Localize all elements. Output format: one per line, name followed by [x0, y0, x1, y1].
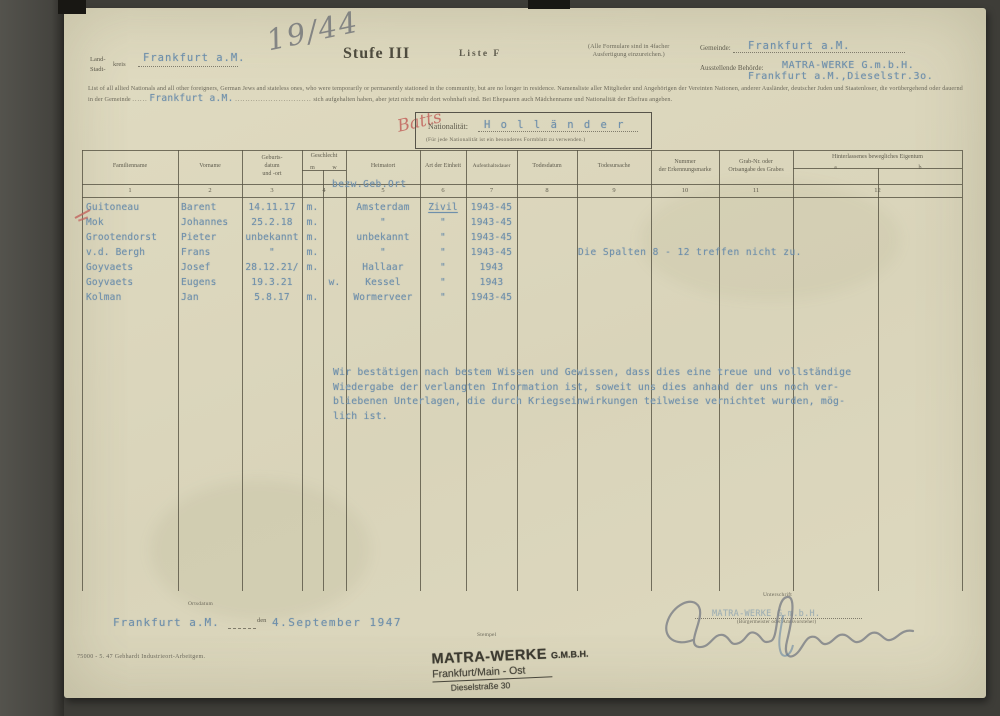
table-number-row: 1 2 3 4 5 6 7 8 9 10 11 12	[82, 184, 962, 197]
col-number: 6	[420, 184, 466, 197]
col-number: 1	[82, 184, 178, 197]
col-todesdatum: Todesdatum	[517, 150, 577, 184]
cell-family: Guitoneau	[82, 202, 178, 213]
kreis-label: kreis	[113, 61, 126, 68]
cell-birth: 14.11.17	[242, 202, 302, 213]
cell-first: Pieter	[178, 232, 242, 243]
cell-einheit: "	[420, 292, 466, 303]
issuing-authority-value1: MATRA-WERKE G.m.b.H.	[782, 60, 914, 71]
table-note: Die Spalten 8 - 12 treffen nicht zu.	[578, 247, 802, 258]
municipality-value: Frankfurt a.M.	[748, 40, 851, 52]
cell-dauer: 1943	[466, 262, 517, 273]
municipality-line	[733, 52, 905, 53]
col-number: 10	[651, 184, 719, 197]
heimatort-typed-overlay: bezw.Geb.Ort	[332, 179, 407, 190]
cell-heimat: Wormerveer	[346, 292, 420, 303]
certification-line1: Wir bestätigen nach bestem Wissen und Ge…	[333, 366, 851, 381]
scan-tab-top-center	[528, 0, 570, 9]
cell-birth: 19.3.21	[242, 277, 302, 288]
cell-dauer: 1943-45	[466, 232, 517, 243]
land-label: Land-	[90, 56, 106, 63]
nationality-box: Nationalität: H o l l ä n d e r (Für jed…	[415, 112, 652, 149]
cell-m: m.	[302, 247, 323, 258]
nationality-note: (Für jede Nationalität ist ein besondere…	[426, 137, 585, 143]
certification-line4: lich ist.	[333, 410, 851, 425]
table-row: GrootendorstPieterunbekanntm.unbekannt"1…	[82, 230, 962, 245]
cell-birth: 28.12.21/	[242, 262, 302, 273]
cell-einheit: "	[420, 277, 466, 288]
col-number: 9	[577, 184, 651, 197]
nationality-label: Nationalität:	[428, 122, 468, 131]
instructions-paragraph: List of all allied Nationals and all oth…	[88, 84, 966, 104]
scanner-left-strip	[0, 0, 64, 716]
table-body: GuitoneauBarent14.11.17m.AmsterdamZivil1…	[82, 200, 962, 305]
leader-dots: ......	[132, 96, 147, 103]
cell-heimat: Kessel	[346, 277, 420, 288]
certification-line2: Wiedergabe der verlangten Information is…	[333, 381, 851, 396]
cell-birth: 25.2.18	[242, 217, 302, 228]
cell-dauer: 1943-45	[466, 247, 517, 258]
cell-family: Goyvaets	[82, 277, 178, 288]
certification-line3: bliebenen Unterlagen, die durch Kriegsei…	[333, 395, 851, 410]
cell-dauer: 1943-45	[466, 292, 517, 303]
col-number: 12	[793, 184, 962, 197]
cell-first: Jan	[178, 292, 242, 303]
printer-imprint: 75000 - 5. 47 Gebhardt Industrieort-Arbe…	[77, 654, 205, 660]
cell-heimat: Hallaar	[346, 262, 420, 273]
eigentum-subrow: a b	[793, 165, 962, 173]
cell-dauer: 1943	[466, 277, 517, 288]
copies-note: (Alle Formulare sind in 4facher Ausferti…	[588, 43, 669, 58]
table-line	[962, 150, 963, 591]
instructions-place-value: Frankfurt a.M.	[149, 93, 233, 104]
cell-family: Kolman	[82, 292, 178, 303]
issuing-authority-value2: Frankfurt a.M.,Dieselstr.3o.	[748, 71, 933, 82]
copies-note-line2: Ausfertigung einzureichen.)	[588, 51, 669, 59]
table-row: v.d. BerghFrans"m.""1943-45	[82, 245, 962, 260]
col-m: m	[302, 165, 323, 173]
scan-tab-top-left	[58, 0, 86, 14]
cell-first: Johannes	[178, 217, 242, 228]
cell-einheit: "	[420, 217, 466, 228]
nationality-value: H o l l ä n d e r	[484, 119, 625, 131]
date-place-value: Frankfurt a.M.	[113, 616, 220, 629]
cell-family: v.d. Bergh	[82, 247, 178, 258]
copies-note-line1: (Alle Formulare sind in 4facher	[588, 43, 669, 51]
col-geburtsdatum: Geburts- datum und -ort	[242, 150, 302, 184]
col-eigentum-a: a	[793, 165, 878, 173]
scanned-document-page: { "colors":{"typed_blue":"#6e8fab","stam…	[0, 0, 1000, 716]
cell-birth: 5.8.17	[242, 292, 302, 303]
cell-birth: unbekannt	[242, 232, 302, 243]
signature-stroke	[666, 597, 913, 657]
cell-heimat: unbekannt	[346, 232, 420, 243]
district-value: Frankfurt a.M.	[143, 52, 246, 64]
leader-dots: ..............................	[235, 96, 311, 103]
col-einheit: Art der Einheit	[420, 150, 466, 184]
geschlecht-subrow: m w	[302, 165, 346, 173]
cell-birth: "	[242, 247, 302, 258]
cell-first: Barent	[178, 202, 242, 213]
cell-m: m.	[302, 232, 323, 243]
handwritten-signature	[655, 585, 920, 663]
col-grab: Grab-Nr. oder Ortsangabe des Grabes	[719, 150, 793, 184]
eigentum-label: Hinterlassenes bewegliches Eigentum	[832, 150, 923, 162]
instructions-english: List of all allied Nationals and all oth…	[88, 85, 556, 92]
cell-einheit: "	[420, 247, 466, 258]
cell-first: Frans	[178, 247, 242, 258]
cell-einheit: "	[420, 232, 466, 243]
cell-m: m.	[302, 292, 323, 303]
instructions-german2: aber jetzt nicht mehr dort wohnhaft sind…	[376, 96, 673, 103]
table-row: MokJohannes25.2.18m.""1943-45	[82, 215, 962, 230]
cell-m: m.	[302, 202, 323, 213]
nationality-line	[478, 131, 638, 132]
cell-dauer: 1943-45	[466, 217, 517, 228]
cell-m: m.	[302, 217, 323, 228]
cell-w: w.	[323, 277, 346, 288]
col-todesursache: Todesursache	[577, 150, 651, 184]
col-familienname: Familienname	[82, 150, 178, 184]
date-line	[228, 628, 256, 629]
cell-heimat: "	[346, 247, 420, 258]
cell-heimat: "	[346, 217, 420, 228]
table-row: GoyvaetsJosef28.12.21/m.Hallaar"1943	[82, 260, 962, 275]
table-row: KolmanJan5.8.17m.Wormerveer"1943-45	[82, 290, 962, 305]
table-header-row: Familienname Vorname Geburts- datum und …	[82, 150, 962, 184]
cell-m: m.	[302, 262, 323, 273]
col-aufenthaltsdauer: Aufenthaltsdauer	[466, 150, 517, 184]
form-level-title: Stufe III	[343, 45, 410, 63]
stadt-label: Stadt-	[90, 66, 106, 73]
stamp-label: Stempel	[477, 632, 496, 638]
col-eigentum-b: b	[878, 165, 962, 173]
district-line	[138, 66, 238, 67]
col-number: 3	[242, 184, 302, 197]
cell-first: Josef	[178, 262, 242, 273]
cell-first: Eugens	[178, 277, 242, 288]
list-title: Liste F	[459, 49, 501, 59]
date-value: 4.September 1947	[272, 616, 402, 629]
place-date-label: Ortsdatum	[188, 601, 213, 607]
cell-dauer: 1943-45	[466, 202, 517, 213]
col-number: 11	[719, 184, 793, 197]
stamp-company-suffix: G.M.B.H.	[551, 649, 589, 661]
certification-paragraph: Wir bestätigen nach bestem Wissen und Ge…	[333, 366, 851, 424]
cell-family: Mok	[82, 217, 178, 228]
municipality-label: Gemeinde:	[700, 44, 731, 52]
col-number: 7	[466, 184, 517, 197]
table-line	[82, 197, 962, 198]
col-eigentum: Hinterlassenes bewegliches Eigentum a b	[793, 150, 962, 184]
cell-heimat: Amsterdam	[346, 202, 420, 213]
col-number: 2	[178, 184, 242, 197]
cell-family: Grootendorst	[82, 232, 178, 243]
col-number: 8	[517, 184, 577, 197]
col-vorname: Vorname	[178, 150, 242, 184]
geschlecht-label: Geschlecht	[311, 150, 338, 161]
cell-einheit: Zivil	[420, 202, 466, 213]
instructions-german1-tail: sich aufgehalten haben,	[313, 96, 374, 103]
table-row: GoyvaetsEugens19.3.21w.Kessel"1943	[82, 275, 962, 290]
table-row: GuitoneauBarent14.11.17m.AmsterdamZivil1…	[82, 200, 962, 215]
cell-einheit: "	[420, 262, 466, 273]
cell-family: Goyvaets	[82, 262, 178, 273]
col-w: w	[323, 165, 346, 173]
den-label: den	[257, 617, 266, 624]
col-erkennungsmarke: Nummer der Erkennungsmarke	[651, 150, 719, 184]
